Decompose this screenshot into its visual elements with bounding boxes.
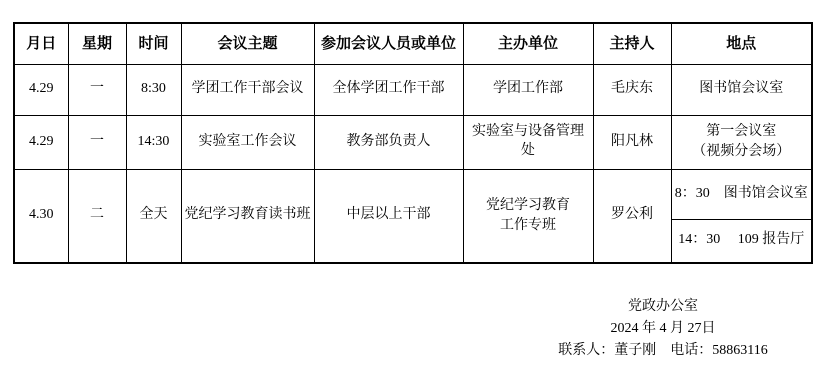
cell-weekday: 一 <box>68 64 126 115</box>
col-header-topic: 会议主题 <box>181 23 314 64</box>
cell-weekday: 一 <box>68 115 126 169</box>
location-line-2: （视频分会场） <box>674 142 810 162</box>
cell-topic: 党纪学习教育读书班 <box>181 169 314 263</box>
location-line-1: 第一会议室 <box>674 122 810 142</box>
table-row: 4.30 二 全天 党纪学习教育读书班 中层以上干部 党纪学习教育 工作专班 罗… <box>14 169 812 219</box>
cell-location-afternoon: 14：30 109 报告厅 <box>671 219 812 263</box>
cell-chair: 毛庆东 <box>593 64 671 115</box>
cell-topic: 实验室工作会议 <box>181 115 314 169</box>
header-row: 月日 星期 时间 会议主题 参加会议人员或单位 主办单位 主持人 地点 <box>14 23 812 64</box>
col-header-weekday: 星期 <box>68 23 126 64</box>
cell-topic: 学团工作干部会议 <box>181 64 314 115</box>
col-header-attendees: 参加会议人员或单位 <box>314 23 463 64</box>
table-row: 4.29 一 14:30 实验室工作会议 教务部负责人 实验室与设备管理处 阳凡… <box>14 115 812 169</box>
footer-date: 2024 年 4 月 27日 <box>503 318 821 340</box>
cell-location: 图书馆会议室 <box>671 64 812 115</box>
schedule-table: 月日 星期 时间 会议主题 参加会议人员或单位 主办单位 主持人 地点 4.29… <box>13 22 813 264</box>
cell-weekday: 二 <box>68 169 126 263</box>
cell-attendees: 全体学团工作干部 <box>314 64 463 115</box>
col-header-organizer: 主办单位 <box>463 23 593 64</box>
cell-chair: 阳凡林 <box>593 115 671 169</box>
cell-organizer: 学团工作部 <box>463 64 593 115</box>
table-row: 4.29 一 8:30 学团工作干部会议 全体学团工作干部 学团工作部 毛庆东 … <box>14 64 812 115</box>
cell-date: 4.29 <box>14 64 68 115</box>
cell-location-morning: 8：30 图书馆会议室 <box>671 169 812 219</box>
cell-organizer: 党纪学习教育 工作专班 <box>463 169 593 263</box>
cell-attendees: 教务部负责人 <box>314 115 463 169</box>
footer-contact: 联系人：董子刚 电话：58863116 <box>503 340 821 362</box>
cell-time: 8:30 <box>126 64 181 115</box>
cell-date: 4.29 <box>14 115 68 169</box>
col-header-location: 地点 <box>671 23 812 64</box>
page: 月日 星期 时间 会议主题 参加会议人员或单位 主办单位 主持人 地点 4.29… <box>0 0 821 379</box>
signature-block: 党政办公室 2024 年 4 月 27日 联系人：董子刚 电话：58863116 <box>503 296 821 362</box>
cell-chair: 罗公利 <box>593 169 671 263</box>
cell-location: 第一会议室 （视频分会场） <box>671 115 812 169</box>
cell-organizer: 实验室与设备管理处 <box>463 115 593 169</box>
col-header-date: 月日 <box>14 23 68 64</box>
col-header-chair: 主持人 <box>593 23 671 64</box>
cell-date: 4.30 <box>14 169 68 263</box>
organizer-line-2: 工作专班 <box>466 216 591 236</box>
cell-time: 全天 <box>126 169 181 263</box>
col-header-time: 时间 <box>126 23 181 64</box>
cell-attendees: 中层以上干部 <box>314 169 463 263</box>
cell-time: 14:30 <box>126 115 181 169</box>
footer-office-name: 党政办公室 <box>503 296 821 318</box>
meeting-schedule-table: 月日 星期 时间 会议主题 参加会议人员或单位 主办单位 主持人 地点 4.29… <box>13 22 813 264</box>
organizer-line-1: 党纪学习教育 <box>466 196 591 216</box>
